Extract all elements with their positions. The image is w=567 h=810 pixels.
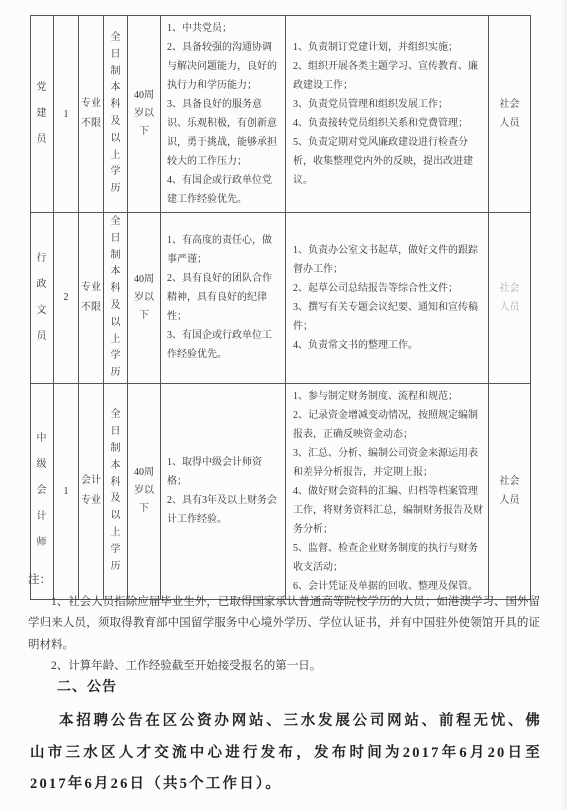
age-limit-cell: 40周 岁以 下: [128, 383, 161, 599]
age-limit-cell: 40周 岁以 下: [128, 213, 161, 384]
announcement-body: 本招聘公告在区公资办网站、三水发展公司网站、前程无忧、佛山市三水区人才交流中心进…: [30, 706, 542, 801]
position-cell: 行 政 文 员: [31, 213, 54, 384]
table-row-party-builder: 党 建 员 1 专业 不限 全 日 制 本 科 及 以 上 学 历 40周 岁以…: [31, 16, 531, 213]
education-cell: 全 日 制 本 科 及 以 上 学 历: [104, 16, 128, 213]
education-cell: 全 日 制 本 科 及 以 上 学 历: [104, 383, 128, 599]
notes-label: 注：: [28, 570, 540, 592]
position-cell: 中 级 会 计 师: [31, 383, 54, 599]
headcount-cell: 2: [54, 213, 79, 384]
candidate-type-cell: 社会 人员: [489, 383, 531, 599]
requirements-cell: 1、中共党员； 2、具备较强的沟通协调与解决问题能力，良好的执行力和学历能力； …: [161, 16, 286, 213]
table-row-admin-clerk: 行 政 文 员 2 专业 不限 全 日 制 本 科 及 以 上 学 历 40周 …: [31, 213, 531, 384]
age-limit-cell: 40周 岁以 下: [128, 16, 161, 213]
recruitment-table: 党 建 员 1 专业 不限 全 日 制 本 科 及 以 上 学 历 40周 岁以…: [30, 15, 531, 600]
notes-section: 注： 1、社会人员指除应届毕业生外，已取得国家承认普通高等院校学历的人员；如港澳…: [28, 570, 540, 678]
candidate-type-cell: 社会 人员: [489, 213, 531, 384]
candidate-type-cell: 社会 人员: [489, 16, 531, 213]
major-cell: 专业 不限: [79, 213, 104, 384]
requirements-cell: 1、有高度的责任心，做事严谨； 2、具有良好的团队合作精神，具有良好的纪律性； …: [161, 213, 286, 384]
note-item-2: 2、计算年龄、工作经验截至开始接受报名的第一日。: [28, 656, 540, 678]
scan-edge-shadow: [561, 0, 567, 810]
headcount-cell: 1: [54, 16, 79, 213]
duties-cell: 1、负责制订党建计划，并组织实施； 2、组织开展各类主题学习、宣传教育、廉政建设…: [286, 16, 489, 213]
duties-cell: 1、参与制定财务制度、流程和规范； 2、记录资金增减变动情况，按照规定编制报表，…: [286, 383, 489, 599]
education-cell: 全 日 制 本 科 及 以 上 学 历: [104, 213, 128, 384]
major-cell: 会计 专业: [79, 383, 104, 599]
table-row-intermediate-accountant: 中 级 会 计 师 1 会计 专业 全 日 制 本 科 及 以 上 学 历 40…: [31, 383, 531, 599]
major-cell: 专业 不限: [79, 16, 104, 213]
note-item-1: 1、社会人员指除应届毕业生外，已取得国家承认普通高等院校学历的人员；如港澳学习、…: [28, 592, 540, 657]
duties-cell: 1、负责办公室文书起草，做好文件的跟踪督办工作； 2、起草公司总结报告等综合性文…: [286, 213, 489, 384]
announcement-heading: 二、公告: [57, 676, 117, 696]
requirements-cell: 1、取得中级会计师资格； 2、具有3年及以上财务会计工作经验。: [161, 383, 286, 599]
headcount-cell: 1: [54, 383, 79, 599]
document-page: 党 建 员 1 专业 不限 全 日 制 本 科 及 以 上 学 历 40周 岁以…: [0, 0, 567, 810]
position-cell: 党 建 员: [31, 16, 54, 213]
